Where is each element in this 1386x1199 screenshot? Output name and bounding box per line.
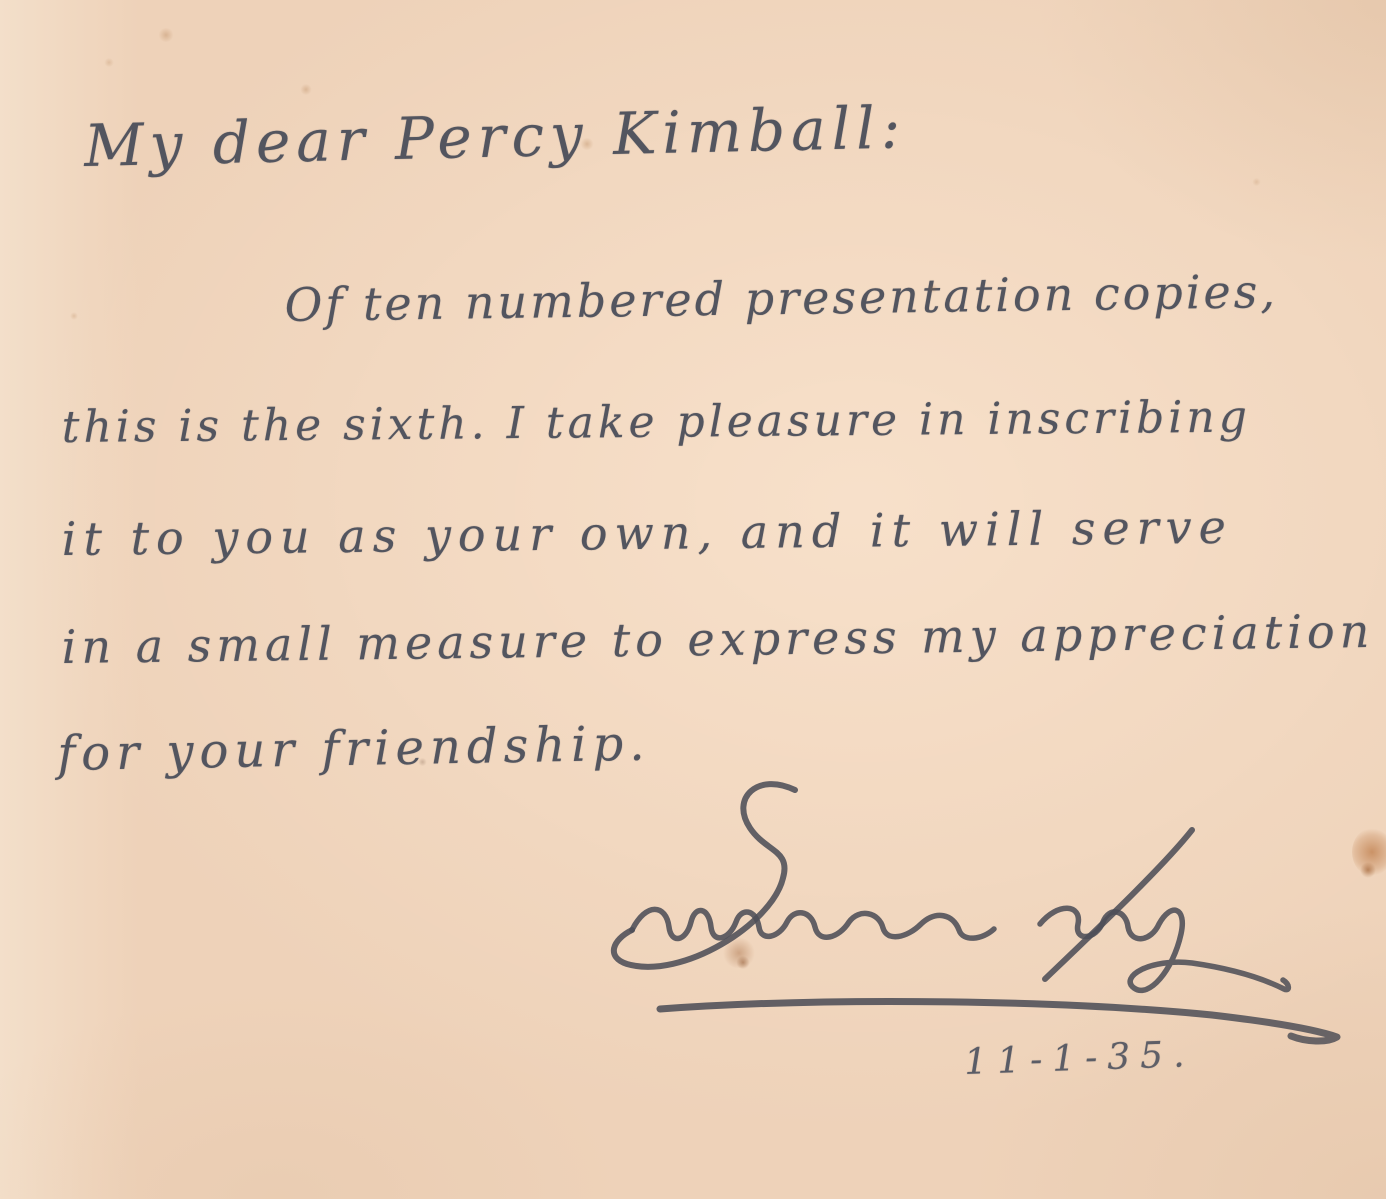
inscription-line: for your friendship. — [57, 716, 651, 782]
foxing-spot — [158, 28, 174, 42]
salutation-line: My dear Percy Kimball: — [83, 93, 907, 180]
inscription-line: in a small measure to express my appreci… — [61, 604, 1374, 674]
foxing-spot — [1252, 178, 1261, 186]
signature — [590, 772, 1350, 1062]
inscription-line: this is the sixth. I take pleasure in in… — [62, 392, 1252, 453]
foxing-spot — [70, 312, 78, 320]
stain — [1360, 862, 1376, 878]
inscription-line: it to you as your own, and it will serve — [61, 500, 1233, 566]
foxing-spot — [104, 58, 114, 67]
inscription-line: Of ten numbered presentation copies, — [284, 264, 1278, 332]
stain — [1352, 828, 1386, 876]
foxing-spot — [300, 84, 312, 95]
inscription-page: My dear Percy Kimball: Of ten numbered p… — [0, 0, 1386, 1199]
date: 11-1-35. — [964, 1034, 1196, 1083]
